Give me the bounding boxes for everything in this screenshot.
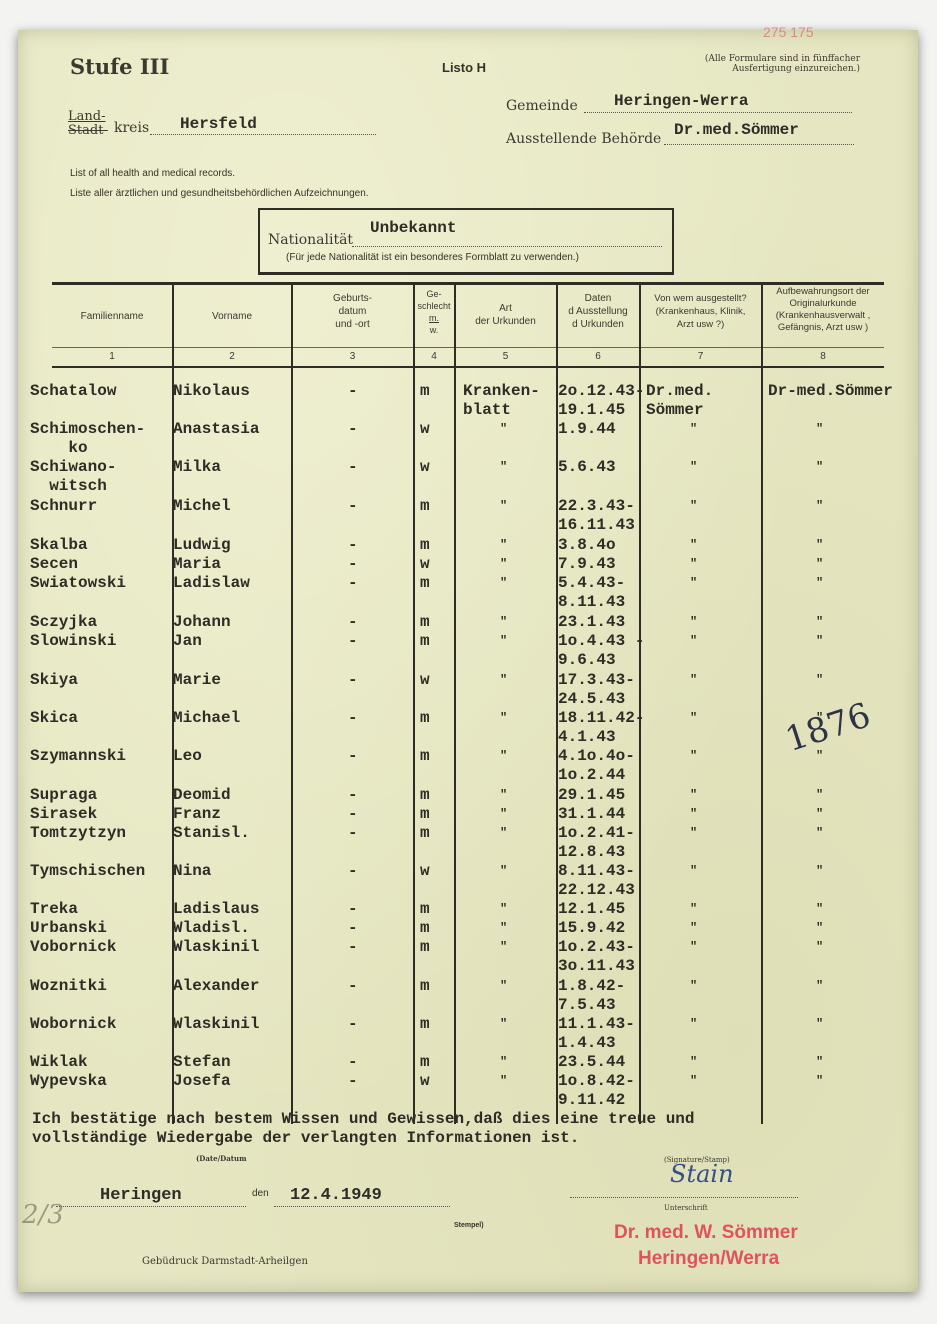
- cell-vorname: Alexander: [173, 977, 259, 996]
- cell-vorname: Ludwig: [173, 536, 231, 555]
- cell-art: ": [500, 555, 507, 574]
- cell-vorname: Josefa: [173, 1072, 231, 1091]
- table-row: [52, 536, 884, 537]
- cell-aufbewahrung: ": [816, 420, 823, 439]
- cell-daten: 5.4.43- 8.11.43: [558, 574, 625, 612]
- col-header-line: Arzt usw ?): [640, 318, 761, 331]
- cell-art: ": [500, 747, 507, 766]
- table-row: [52, 824, 884, 825]
- cell-von-wem: ": [690, 555, 697, 574]
- col-header-line: und -ort: [292, 318, 413, 331]
- table-header-divider: [52, 347, 884, 348]
- col-header-geburt: Geburts- datum und -ort: [292, 292, 413, 331]
- table-row: [52, 671, 884, 672]
- cell-vorname: Ladislaus: [173, 900, 259, 919]
- cell-geschlecht: m: [420, 919, 430, 938]
- cell-aufbewahrung: ": [816, 977, 823, 996]
- cell-daten: 5.6.43: [558, 458, 616, 477]
- doctor-stamp-line-2: Heringen/Werra: [638, 1248, 779, 1270]
- table-row: [52, 1072, 884, 1073]
- col-num-6: 6: [557, 351, 639, 362]
- cell-familienname: Wiklak: [30, 1053, 88, 1072]
- behoerde-field: Dr.med.Sömmer: [664, 126, 854, 145]
- cell-art: ": [500, 900, 507, 919]
- cell-vorname: Marie: [173, 671, 221, 690]
- behoerde-label: Ausstellende Behörde: [506, 131, 661, 147]
- cell-von-wem: ": [690, 824, 697, 843]
- cell-geschlecht: m: [420, 900, 430, 919]
- nationality-label: Nationalität: [268, 232, 353, 248]
- cell-vorname: Jan: [173, 632, 202, 651]
- table-header-bottom-rule: [52, 366, 884, 368]
- cell-aufbewahrung: ": [816, 862, 823, 881]
- col-header-line: Originalurkunde: [762, 298, 884, 310]
- unterschrift-label: Unterschrift: [664, 1204, 708, 1212]
- cell-aufbewahrung: ": [816, 632, 823, 651]
- cell-daten: 4.1o.4o- 1o.2.44: [558, 747, 635, 785]
- signature: Stain: [670, 1160, 734, 1188]
- col-divider-4: [454, 284, 456, 1124]
- cell-art: ": [500, 458, 507, 477]
- cell-familienname: Tymschischen: [30, 862, 145, 881]
- cell-art: ": [500, 938, 507, 957]
- cell-daten: 18.11.42- 4.1.43: [558, 709, 644, 747]
- table-row: [52, 709, 884, 710]
- cell-aufbewahrung: Dr-med.Sömmer: [768, 382, 893, 401]
- place-value: Heringen: [100, 1186, 182, 1205]
- cell-von-wem: ": [690, 497, 697, 516]
- margin-note: 2/3: [22, 1200, 64, 1230]
- cell-von-wem: ": [690, 1072, 697, 1091]
- kreis-label-land: Land-: [68, 110, 108, 124]
- col-divider-2: [291, 284, 293, 1124]
- table-row: [52, 458, 884, 459]
- cell-vorname: Wlaskinil: [173, 1015, 259, 1034]
- cell-vorname: Johann: [173, 613, 231, 632]
- cell-familienname: Supraga: [30, 786, 97, 805]
- cell-daten: 1o.4.43 - 9.6.43: [558, 632, 644, 670]
- nationality-note: (Für jede Nationalität ist ein besondere…: [286, 252, 579, 263]
- cell-familienname: Sirasek: [30, 805, 97, 824]
- cell-geschlecht: m: [420, 805, 430, 824]
- handwritten-number: 1876: [781, 695, 876, 760]
- cell-familienname: Schiwano- witsch: [30, 458, 116, 496]
- cell-von-wem: ": [690, 536, 697, 555]
- col-divider-1: [172, 284, 174, 1124]
- cell-geburt: -: [348, 786, 358, 805]
- certification-line-2: vollständige Wiedergabe der verlangten I…: [32, 1129, 695, 1148]
- cell-von-wem: ": [690, 632, 697, 651]
- date-field: 12.4.1949: [274, 1194, 450, 1207]
- cell-aufbewahrung: ": [816, 805, 823, 824]
- signature-line: [570, 1196, 798, 1198]
- cell-art: Kranken- blatt: [463, 382, 540, 420]
- cell-daten: 15.9.42: [558, 919, 625, 938]
- cell-geschlecht: m: [420, 1015, 430, 1034]
- cell-aufbewahrung: ": [816, 574, 823, 593]
- instruction-line-2: Ausfertigung einzureichen.): [628, 64, 860, 74]
- cell-daten: 1.8.42- 7.5.43: [558, 977, 625, 1015]
- behoerde-value: Dr.med.Sömmer: [674, 121, 799, 139]
- cell-familienname: Vobornick: [30, 938, 116, 957]
- cell-art: ": [500, 824, 507, 843]
- cell-familienname: Woznitki: [30, 977, 107, 996]
- cell-vorname: Wlaskinil: [173, 938, 259, 957]
- cell-daten: 1o.2.43- 3o.11.43: [558, 938, 635, 976]
- cell-geschlecht: m: [420, 497, 430, 516]
- cell-art: ": [500, 1072, 507, 1091]
- cell-von-wem: ": [690, 671, 697, 690]
- table-row: [52, 632, 884, 633]
- cell-geburt: -: [348, 497, 358, 516]
- certification-text: Ich bestätige nach bestem Wissen und Gew…: [32, 1110, 695, 1148]
- cell-geburt: -: [348, 555, 358, 574]
- table-row: [52, 919, 884, 920]
- kreis-field: Hersfeld: [150, 118, 376, 135]
- table-row: [52, 977, 884, 978]
- col-header-line: Ge-: [414, 288, 454, 300]
- col-header-line: (Krankenhaus, Klinik,: [640, 305, 761, 318]
- cell-geschlecht: m: [420, 747, 430, 766]
- table-row: [52, 1053, 884, 1054]
- col-header-line: schlecht: [414, 300, 454, 312]
- instruction-note: (Alle Formulare sind in fünffacher Ausfe…: [628, 54, 860, 74]
- cell-vorname: Michael: [173, 709, 240, 728]
- cell-daten: 11.1.43- 1.4.43: [558, 1015, 635, 1053]
- document-page: 275 175 Stufe III Listo H (Alle Formular…: [18, 30, 918, 1292]
- col-header-line: Art: [455, 302, 556, 315]
- cell-art: ": [500, 536, 507, 555]
- cell-vorname: Maria: [173, 555, 221, 574]
- col-divider-7: [761, 284, 763, 1124]
- cell-familienname: Sczyjka: [30, 613, 97, 632]
- cell-geburt: -: [348, 1072, 358, 1091]
- gemeinde-field: Heringen-Werra: [584, 96, 852, 113]
- cell-familienname: Schnurr: [30, 497, 97, 516]
- cell-familienname: Slowinski: [30, 632, 116, 651]
- cell-daten: 23.5.44: [558, 1053, 625, 1072]
- cell-geburt: -: [348, 1015, 358, 1034]
- cell-geschlecht: m: [420, 1053, 430, 1072]
- cell-daten: 12.1.45: [558, 900, 625, 919]
- cell-art: ": [500, 420, 507, 439]
- nationality-field: Unbekannt: [352, 230, 662, 247]
- cell-geburt: -: [348, 824, 358, 843]
- cell-aufbewahrung: ": [816, 671, 823, 690]
- col-num-1: 1: [52, 351, 172, 362]
- cell-familienname: Secen: [30, 555, 78, 574]
- nationality-box: Nationalität Unbekannt (Für jede Nationa…: [258, 208, 674, 275]
- cell-geschlecht: w: [420, 1072, 430, 1091]
- cell-aufbewahrung: ": [816, 900, 823, 919]
- gemeinde-value: Heringen-Werra: [614, 92, 748, 110]
- date-label: (Date/Datum: [196, 1154, 247, 1163]
- cell-aufbewahrung: ": [816, 613, 823, 632]
- cell-geburt: -: [348, 536, 358, 555]
- cell-familienname: Treka: [30, 900, 78, 919]
- table-row: [52, 938, 884, 939]
- cell-vorname: Nina: [173, 862, 211, 881]
- col-num-7: 7: [640, 351, 761, 362]
- cell-geschlecht: w: [420, 420, 430, 439]
- cell-vorname: Leo: [173, 747, 202, 766]
- cell-von-wem: ": [690, 420, 697, 439]
- cell-daten: 2o.12.43- 19.1.45: [558, 382, 644, 420]
- col-header-line: Aufbewahrungsort der: [762, 286, 884, 298]
- cell-geburt: -: [348, 671, 358, 690]
- col-header-line: Von wem ausgestellt?: [640, 292, 761, 305]
- cell-geburt: -: [348, 458, 358, 477]
- gemeinde-label: Gemeinde: [506, 98, 578, 114]
- cell-geschlecht: m: [420, 709, 430, 728]
- col-header-line: Geburts-: [292, 292, 413, 305]
- cell-daten: 22.3.43- 16.11.43: [558, 497, 635, 535]
- cell-vorname: Milka: [173, 458, 221, 477]
- col-num-4: 4: [414, 351, 454, 362]
- col-header-art: Art der Urkunden: [455, 302, 556, 328]
- table-row: [52, 862, 884, 863]
- table-row: [52, 1015, 884, 1016]
- cell-art: ": [500, 1015, 507, 1034]
- cell-geburt: -: [348, 574, 358, 593]
- col-header-von-wem: Von wem ausgestellt? (Krankenhaus, Klini…: [640, 292, 761, 331]
- col-header-line: d Urkunden: [557, 318, 639, 331]
- col-header-line: Gefängnis, Arzt usw ): [762, 322, 884, 334]
- cell-daten: 23.1.43: [558, 613, 625, 632]
- cell-von-wem: ": [690, 709, 697, 728]
- cell-daten: 31.1.44: [558, 805, 625, 824]
- kreis-label: Land- Stadt-: [68, 110, 108, 138]
- den-label: den: [252, 1188, 269, 1199]
- col-header-line: Familienname: [52, 310, 172, 323]
- date-value: 12.4.1949: [290, 1186, 382, 1205]
- col-header-vorname: Vorname: [173, 310, 291, 323]
- table-row: [52, 747, 884, 748]
- description-de: Liste aller ärztlichen und gesundheitsbe…: [70, 188, 369, 199]
- cell-geburt: -: [348, 1053, 358, 1072]
- cell-aufbewahrung: ": [816, 1053, 823, 1072]
- cell-familienname: Szymannski: [30, 747, 126, 766]
- cell-geschlecht: m: [420, 382, 430, 401]
- col-header-aufbewahrung: Aufbewahrungsort der Originalurkunde (Kr…: [762, 286, 884, 334]
- cell-art: ": [500, 977, 507, 996]
- cell-von-wem: ": [690, 1015, 697, 1034]
- col-num-8: 8: [762, 351, 884, 362]
- table-row: [52, 497, 884, 498]
- cell-geburt: -: [348, 805, 358, 824]
- cell-art: ": [500, 709, 507, 728]
- cell-von-wem: ": [690, 938, 697, 957]
- col-num-2: 2: [173, 351, 291, 362]
- cell-geburt: -: [348, 938, 358, 957]
- cell-geschlecht: m: [420, 574, 430, 593]
- cell-aufbewahrung: ": [816, 555, 823, 574]
- col-num-3: 3: [292, 351, 413, 362]
- place-field: Heringen: [56, 1194, 246, 1207]
- cell-geschlecht: w: [420, 671, 430, 690]
- cell-geburt: -: [348, 747, 358, 766]
- kreis-suffix: kreis: [114, 120, 149, 136]
- col-header-line: der Urkunden: [455, 315, 556, 328]
- cell-art: ": [500, 862, 507, 881]
- cell-geburt: -: [348, 382, 358, 401]
- cell-geburt: -: [348, 862, 358, 881]
- cell-vorname: Deomid: [173, 786, 231, 805]
- kreis-value: Hersfeld: [180, 115, 257, 133]
- cell-daten: 1.9.44: [558, 420, 616, 439]
- cell-familienname: Urbanski: [30, 919, 107, 938]
- col-header-daten: Daten d Ausstellung d Urkunden: [557, 292, 639, 331]
- cell-von-wem: ": [690, 613, 697, 632]
- printer-credit: Gebüdruck Darmstadt-Arheilgen: [142, 1256, 308, 1267]
- table-top-rule: [52, 282, 884, 285]
- cell-aufbewahrung: ": [816, 919, 823, 938]
- cell-vorname: Franz: [173, 805, 221, 824]
- cell-vorname: Stanisl.: [173, 824, 250, 843]
- cell-vorname: Michel: [173, 497, 231, 516]
- cell-geburt: -: [348, 977, 358, 996]
- cell-art: ": [500, 574, 507, 593]
- cell-familienname: Wobornick: [30, 1015, 116, 1034]
- cell-familienname: Schimoschen- ko: [30, 420, 145, 458]
- col-divider-3: [413, 284, 415, 1124]
- cell-art: ": [500, 613, 507, 632]
- table-row: [52, 613, 884, 614]
- col-header-familienname: Familienname: [52, 310, 172, 323]
- cell-geschlecht: w: [420, 458, 430, 477]
- col-header-line: Vorname: [173, 310, 291, 323]
- cell-geburt: -: [348, 919, 358, 938]
- nationality-value: Unbekannt: [370, 219, 456, 237]
- cell-familienname: Wypevska: [30, 1072, 107, 1091]
- cell-familienname: Tomtzytzyn: [30, 824, 126, 843]
- cell-geschlecht: m: [420, 786, 430, 805]
- cell-vorname: Ladislaw: [173, 574, 250, 593]
- cell-familienname: Skalba: [30, 536, 88, 555]
- cell-familienname: Swiatowski: [30, 574, 126, 593]
- cell-art: ": [500, 671, 507, 690]
- col-header-line: Daten: [557, 292, 639, 305]
- table-row: [52, 805, 884, 806]
- table-row: [52, 382, 884, 383]
- cell-vorname: Anastasia: [173, 420, 259, 439]
- cell-aufbewahrung: ": [816, 824, 823, 843]
- cell-von-wem: ": [690, 574, 697, 593]
- cell-art: ": [500, 632, 507, 651]
- cell-vorname: Nikolaus: [173, 382, 250, 401]
- cell-daten: 8.11.43- 22.12.43: [558, 862, 635, 900]
- cell-von-wem: ": [690, 919, 697, 938]
- list-name: Listo H: [442, 60, 486, 75]
- cell-von-wem: ": [690, 786, 697, 805]
- cell-art: ": [500, 919, 507, 938]
- cell-geburt: -: [348, 420, 358, 439]
- cell-geschlecht: m: [420, 613, 430, 632]
- cell-geschlecht: w: [420, 555, 430, 574]
- cell-familienname: Skiya: [30, 671, 78, 690]
- table-row: [52, 786, 884, 787]
- cell-art: ": [500, 497, 507, 516]
- cell-familienname: Schatalow: [30, 382, 116, 401]
- cell-daten: 1o.2.41- 12.8.43: [558, 824, 635, 862]
- cell-geschlecht: m: [420, 632, 430, 651]
- instruction-line-1: (Alle Formulare sind in fünffacher: [628, 54, 860, 64]
- cell-daten: 1o.8.42- 9.11.42: [558, 1072, 635, 1110]
- description-en: List of all health and medical records.: [70, 168, 235, 179]
- col-header-line: w.: [414, 324, 454, 336]
- cell-aufbewahrung: ": [816, 536, 823, 555]
- col-header-line: d Ausstellung: [557, 305, 639, 318]
- cell-aufbewahrung: ": [816, 1015, 823, 1034]
- cell-geburt: -: [348, 613, 358, 632]
- cell-geschlecht: w: [420, 862, 430, 881]
- cell-daten: 7.9.43: [558, 555, 616, 574]
- cell-geschlecht: m: [420, 977, 430, 996]
- doctor-stamp-line-1: Dr. med. W. Sömmer: [614, 1222, 798, 1244]
- col-header-line: (Krankenhausverwalt ,: [762, 310, 884, 322]
- cell-daten: 17.3.43- 24.5.43: [558, 671, 635, 709]
- cell-geburt: -: [348, 632, 358, 651]
- certification-line-1: Ich bestätige nach bestem Wissen und Gew…: [32, 1110, 695, 1129]
- cell-aufbewahrung: ": [816, 938, 823, 957]
- cell-aufbewahrung: ": [816, 1072, 823, 1091]
- cell-von-wem: ": [690, 977, 697, 996]
- table-row: [52, 420, 884, 421]
- cell-art: ": [500, 1053, 507, 1072]
- cell-geschlecht: m: [420, 824, 430, 843]
- cell-art: ": [500, 786, 507, 805]
- cell-geschlecht: m: [420, 536, 430, 555]
- cell-von-wem: ": [690, 862, 697, 881]
- table-row: [52, 555, 884, 556]
- stage-title: Stufe III: [70, 54, 169, 79]
- kreis-label-stadt: Stadt-: [68, 124, 108, 138]
- cell-von-wem: ": [690, 1053, 697, 1072]
- col-num-5: 5: [455, 351, 556, 362]
- table-row: [52, 574, 884, 575]
- cell-geburt: -: [348, 709, 358, 728]
- stempel-label: Stempel): [454, 1222, 484, 1229]
- table-row: [52, 900, 884, 901]
- cell-aufbewahrung: ": [816, 786, 823, 805]
- cell-aufbewahrung: ": [816, 458, 823, 477]
- cell-art: ": [500, 805, 507, 824]
- cell-daten: 29.1.45: [558, 786, 625, 805]
- cell-aufbewahrung: ": [816, 497, 823, 516]
- cell-geburt: -: [348, 900, 358, 919]
- cell-von-wem: ": [690, 805, 697, 824]
- cell-daten: 3.8.4o: [558, 536, 616, 555]
- cell-vorname: Wladisl.: [173, 919, 250, 938]
- cell-von-wem: ": [690, 900, 697, 919]
- cell-von-wem: Dr.med. Sömmer: [646, 382, 713, 420]
- col-header-geschlecht: Ge- schlecht m. w.: [414, 288, 454, 336]
- cell-von-wem: ": [690, 458, 697, 477]
- cell-von-wem: ": [690, 747, 697, 766]
- archive-number: 275 175: [763, 24, 814, 40]
- col-header-line: m.: [414, 312, 454, 324]
- cell-familienname: Skica: [30, 709, 78, 728]
- col-header-line: datum: [292, 305, 413, 318]
- cell-vorname: Stefan: [173, 1053, 231, 1072]
- cell-geschlecht: m: [420, 938, 430, 957]
